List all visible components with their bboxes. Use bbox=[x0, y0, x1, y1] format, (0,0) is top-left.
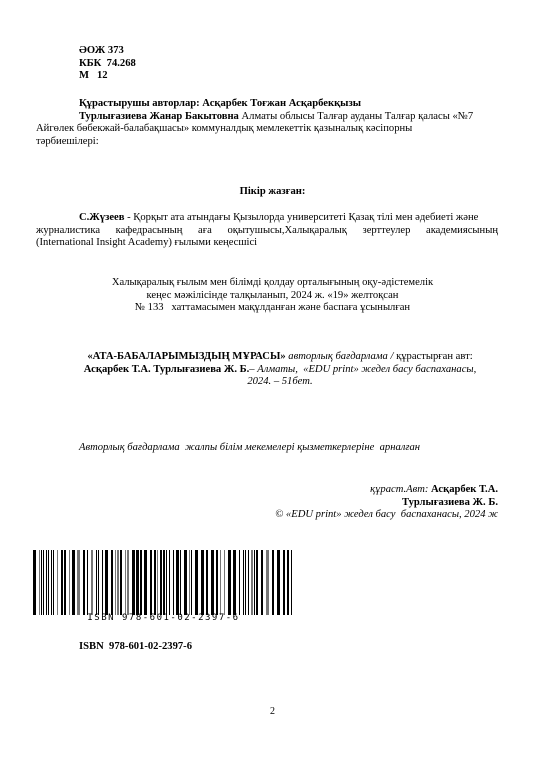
review-title: Пікір жазған: bbox=[0, 186, 545, 199]
affiliation-line-3: тәрбиешілері: bbox=[36, 136, 498, 149]
citation-block: «АТА-БАБАЛАРЫМЫЗДЫҢ МҰРАСЫ» авторлық бағ… bbox=[40, 351, 520, 389]
classification-codes: ӘОЖ 373 КБК 74.268 М 12 bbox=[79, 45, 136, 83]
author-mark: М 12 bbox=[79, 70, 136, 83]
citation-line-1: «АТА-БАБАЛАРЫМЫЗДЫҢ МҰРАСЫ» авторлық бағ… bbox=[40, 351, 520, 364]
approval-line-2: кеңес мәжілісінде талқыланып, 2024 ж. «1… bbox=[0, 290, 545, 303]
copyright-block: құраст.Авт: Асқарбек Т.А. Турлығазиева Ж… bbox=[275, 484, 498, 522]
authors-block: Құрастырушы авторлар: Асқарбек Тоғжан Ас… bbox=[36, 98, 498, 148]
approval-block: Халықаралық ғылым мен білімді қолдау орт… bbox=[0, 277, 545, 315]
review-line-1: С.Жүзеев - Қорқыт ата атындағы Қызылорда… bbox=[36, 212, 498, 225]
citation-line-3: 2024. – 51бет. bbox=[40, 376, 520, 389]
review-line-2: журналистика кафедрасының аға оқытушысы,… bbox=[36, 225, 498, 238]
copyright-notice: © «EDU print» жедел басу баспаханасы, 20… bbox=[275, 509, 498, 522]
approval-line-1: Халықаралық ғылым мен білімді қолдау орт… bbox=[0, 277, 545, 290]
review-line-3: (International Insight Academy) ғылыми к… bbox=[36, 237, 498, 250]
citation-line-2: Асқарбек Т.А. Турлығазиева Ж. Б.– Алматы… bbox=[40, 364, 520, 377]
lbc-code: КБК 74.268 bbox=[79, 58, 136, 71]
udc-code: ӘОЖ 373 bbox=[79, 45, 136, 58]
authors-label: Құрастырушы авторлар: Асқарбек Тоғжан Ас… bbox=[36, 98, 498, 111]
barcode-caption: ISBN 978-601-02-2397-6 bbox=[33, 613, 294, 623]
review-block: С.Жүзеев - Қорқыт ата атындағы Қызылорда… bbox=[36, 212, 498, 250]
affiliation-line-2: Айгөлек бөбекжай-балабақшасы» коммуналды… bbox=[36, 123, 498, 136]
page-number: 2 bbox=[0, 706, 545, 719]
copyright-line-2: Турлығазиева Ж. Б. bbox=[275, 497, 498, 510]
book-title: «АТА-БАБАЛАРЫМЫЗДЫҢ МҰРАСЫ» bbox=[87, 351, 285, 362]
isbn-number: ISBN 978-601-02-2397-6 bbox=[79, 641, 192, 654]
approval-line-3: № 133 хаттамасымен мақұлданған және басп… bbox=[0, 302, 545, 315]
citation-authors: Асқарбек Т.А. Турлығазиева Ж. Б. bbox=[84, 364, 250, 375]
audience-note: Авторлық бағдарлама жалпы білім мекемеле… bbox=[79, 442, 420, 455]
isbn-barcode bbox=[33, 550, 294, 615]
authors-affiliation: Турлығазиева Жанар Бакытовна Алматы облы… bbox=[36, 111, 498, 124]
reviewer-name: С.Жүзеев bbox=[79, 212, 124, 223]
copyright-line-1: құраст.Авт: Асқарбек Т.А. bbox=[275, 484, 498, 497]
second-author: Турлығазиева Жанар Бакытовна bbox=[79, 111, 239, 122]
